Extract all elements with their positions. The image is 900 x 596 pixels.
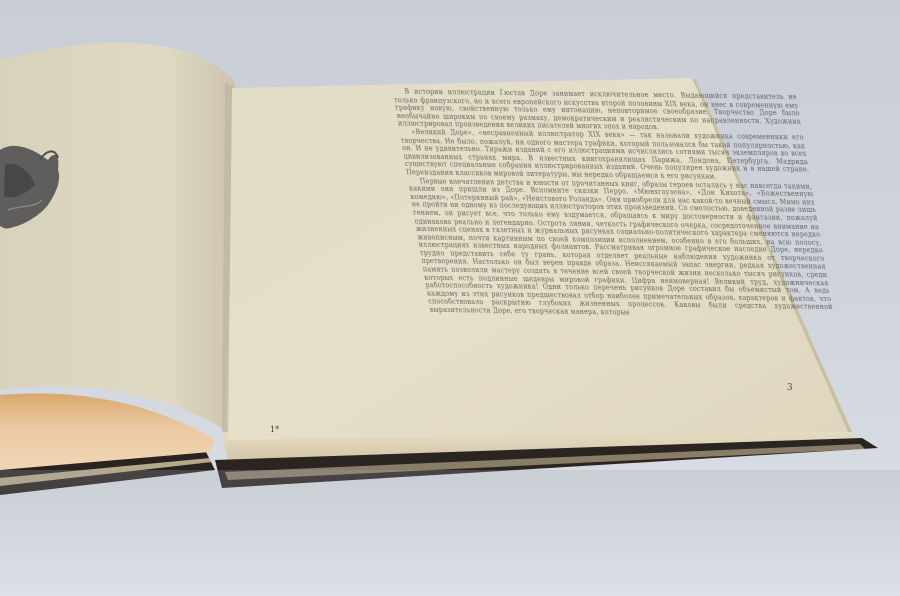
- paragraph: «Великий Доре», «несравненный иллюстрато…: [399, 128, 811, 182]
- signature-mark: 1*: [270, 425, 279, 434]
- table-shadow: [0, 470, 900, 596]
- paragraph: Первые впечатления детства и юности от п…: [407, 177, 835, 320]
- paragraph: В истории иллюстрации Гюстав Доре занима…: [392, 88, 803, 134]
- page-number: 3: [787, 383, 793, 393]
- left-page: [0, 43, 235, 430]
- photo-scene: В истории иллюстрации Гюстав Доре занима…: [0, 0, 900, 596]
- right-page-text: В истории иллюстрации Гюстав Доре занима…: [392, 88, 849, 404]
